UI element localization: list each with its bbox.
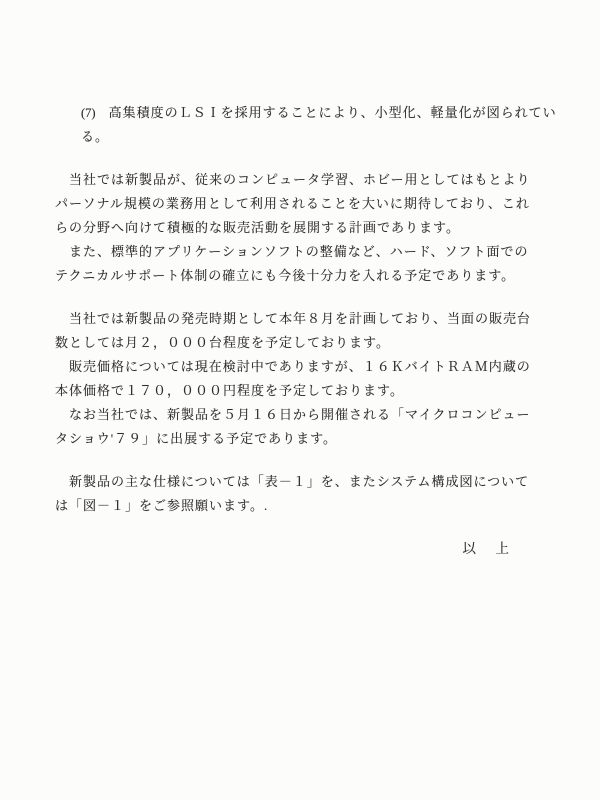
text-line: る。 — [81, 125, 550, 149]
paragraph: 新製品の主な仕様については「表－１」を、またシステム構成図については「図－１」を… — [55, 470, 550, 518]
text-line: 新製品の主な仕様については「表－１」を、またシステム構成図について — [55, 470, 550, 494]
item-marker: (7) — [81, 106, 96, 120]
text-line: 当社では新製品の発売時期として本年８月を計画しており、当面の販売台 — [55, 307, 550, 331]
paragraph: 当社では新製品の発売時期として本年８月を計画しており、当面の販売台数としては月２… — [55, 307, 550, 451]
text-line: 数としては月２，０００台程度を予定しております。 — [55, 331, 550, 355]
text-line: タショウ'７９」に出展する予定であります。 — [55, 427, 550, 451]
text-line: テクニカルサポート体制の確立にも今後十分力を入れる予定であります。 — [55, 264, 550, 288]
paragraph: 当社では新製品が、従来のコンピュータ学習、ホビー用としてはもとよりパーソナル規模… — [55, 168, 550, 288]
text-line: また、標準的アプリケーションソフトの整備など、ハード、ソフト面での — [55, 240, 550, 264]
closing-word: 以 上 — [463, 537, 513, 561]
numbered-item: (7)高集積度のＬＳＩを採用することにより、小型化、軽量化が図られている。 — [81, 101, 550, 149]
text-line: 販売価格については現在検討中でありますが、１６ＫバイトＲＡＭ内蔵の — [55, 355, 550, 379]
text-line: なお当社では、新製品を５月１６日から開催される「マイクロコンピュー — [55, 403, 550, 427]
text-line: 本体価格で１７０，０００円程度を予定しております。 — [55, 379, 550, 403]
document-page: (7)高集積度のＬＳＩを採用することにより、小型化、軽量化が図られている。 当社… — [0, 0, 600, 800]
document-body: (7)高集積度のＬＳＩを採用することにより、小型化、軽量化が図られている。 当社… — [55, 101, 550, 537]
text-line: (7)高集積度のＬＳＩを採用することにより、小型化、軽量化が図られてい — [81, 101, 550, 125]
line-text: 高集積度のＬＳＩを採用することにより、小型化、軽量化が図られてい — [109, 105, 557, 120]
text-line: らの分野へ向けて積極的な販売活動を展開する計画であります。 — [55, 216, 550, 240]
text-line: パーソナル規模の業務用として利用されることを大いに期待しており、これ — [55, 192, 550, 216]
text-line: 当社では新製品が、従来のコンピュータ学習、ホビー用としてはもとより — [55, 168, 550, 192]
text-line: は「図－１」をご参照願います。. — [55, 494, 550, 518]
